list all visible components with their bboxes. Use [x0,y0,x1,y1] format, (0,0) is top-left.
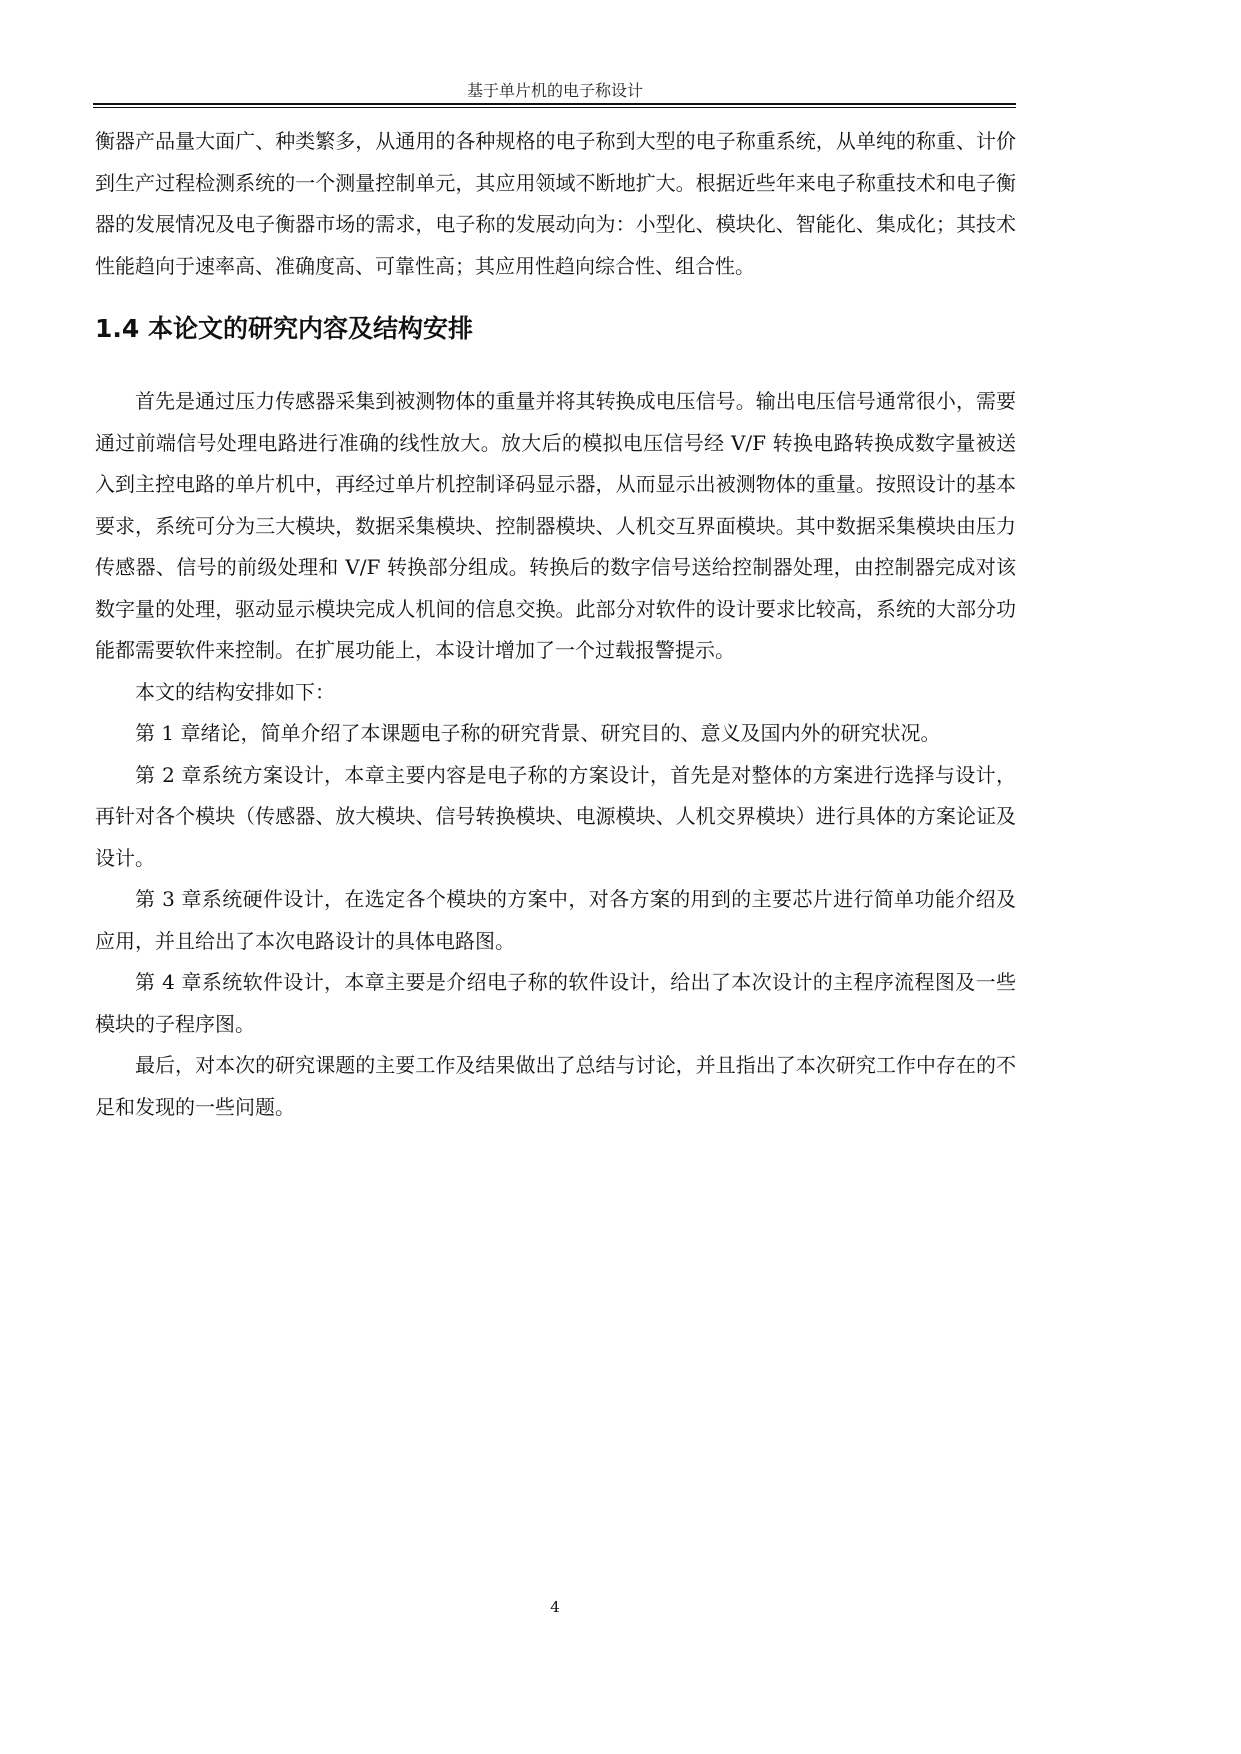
paragraph-overview: 首先是通过压力传感器采集到被测物体的重量并将其转换成电压信号。输出电压信号通常很… [95,381,1016,672]
paragraph-chapter-1: 第 1 章绪论，简单介绍了本课题电子称的研究背景、研究目的、意义及国内外的研究状… [95,713,1016,755]
spacer [95,349,1016,381]
paragraph-structure-intro: 本文的结构安排如下： [95,672,1016,714]
paragraph-conclusion: 最后，对本次的研究课题的主要工作及结果做出了总结与讨论，并且指出了本次研究工作中… [95,1045,1016,1128]
paragraph-chapter-3: 第 3 章系统硬件设计，在选定各个模块的方案中，对各方案的用到的主要芯片进行简单… [95,879,1016,962]
header-title: 基于单片机的电子称设计 [0,78,1110,101]
continuation-paragraph: 衡器产品量大面广、种类繁多，从通用的各种规格的电子称到大型的电子称重系统，从单纯… [95,121,1016,287]
paragraph-chapter-2: 第 2 章系统方案设计，本章主要内容是电子称的方案设计，首先是对整体的方案进行选… [95,755,1016,880]
document-body: 衡器产品量大面广、种类繁多，从通用的各种规格的电子称到大型的电子称重系统，从单纯… [95,121,1016,1128]
page-number: 4 [0,1598,1110,1616]
section-heading: 1.4 本论文的研究内容及结构安排 [95,309,1016,349]
header-divider [93,103,1016,108]
paragraph-chapter-4: 第 4 章系统软件设计，本章主要是介绍电子称的软件设计，给出了本次设计的主程序流… [95,962,1016,1045]
